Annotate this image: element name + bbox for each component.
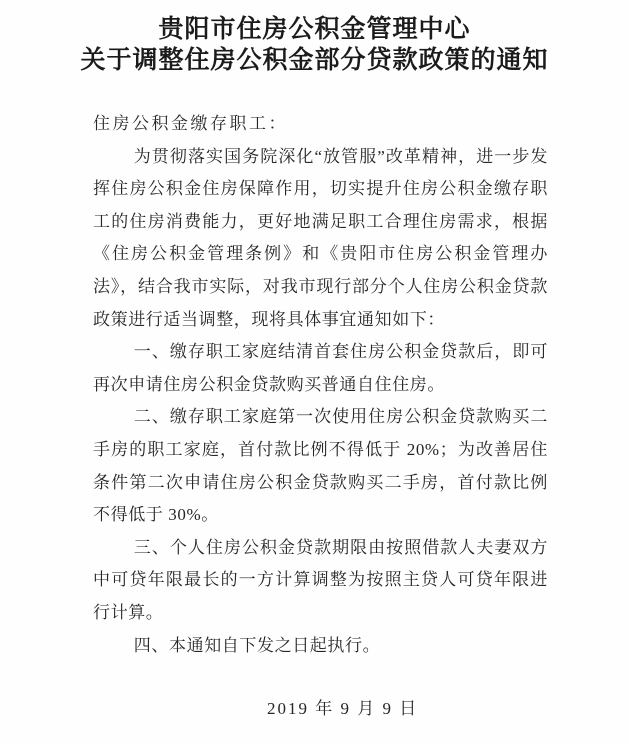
document-title: 贵阳市住房公积金管理中心 关于调整住房公积金部分贷款政策的通知 — [0, 14, 629, 76]
title-line-1: 贵阳市住房公积金管理中心 — [0, 14, 629, 45]
document-body: 住房公积金缴存职工： 为贯彻落实国务院深化“放管服”改革精神，进一步发挥住房公积… — [93, 108, 548, 662]
paragraph-item-4: 四、本通知自下发之日起执行。 — [93, 630, 548, 663]
paragraph-item-3: 三、个人住房公积金贷款期限由按照借款人夫妻双方中可贷年限最长的一方计算调整为按照… — [93, 532, 548, 630]
paragraph-item-2: 二、缴存职工家庭第一次使用住房公积金贷款购买二手房的职工家庭，首付款比例不得低于… — [93, 401, 548, 531]
document-page: 贵阳市住房公积金管理中心 关于调整住房公积金部分贷款政策的通知 住房公积金缴存职… — [0, 0, 629, 744]
paragraph-intro: 为贯彻落实国务院深化“放管服”改革精神，进一步发挥住房公积金住房保障作用，切实提… — [93, 141, 548, 337]
paragraph-item-1: 一、缴存职工家庭结清首套住房公积金贷款后，即可再次申请住房公积金贷款购买普通自住… — [93, 336, 548, 401]
salutation-line: 住房公积金缴存职工： — [93, 108, 548, 141]
title-line-2: 关于调整住房公积金部分贷款政策的通知 — [0, 45, 629, 76]
date-line: 2019 年 9 月 9 日 — [267, 693, 629, 725]
